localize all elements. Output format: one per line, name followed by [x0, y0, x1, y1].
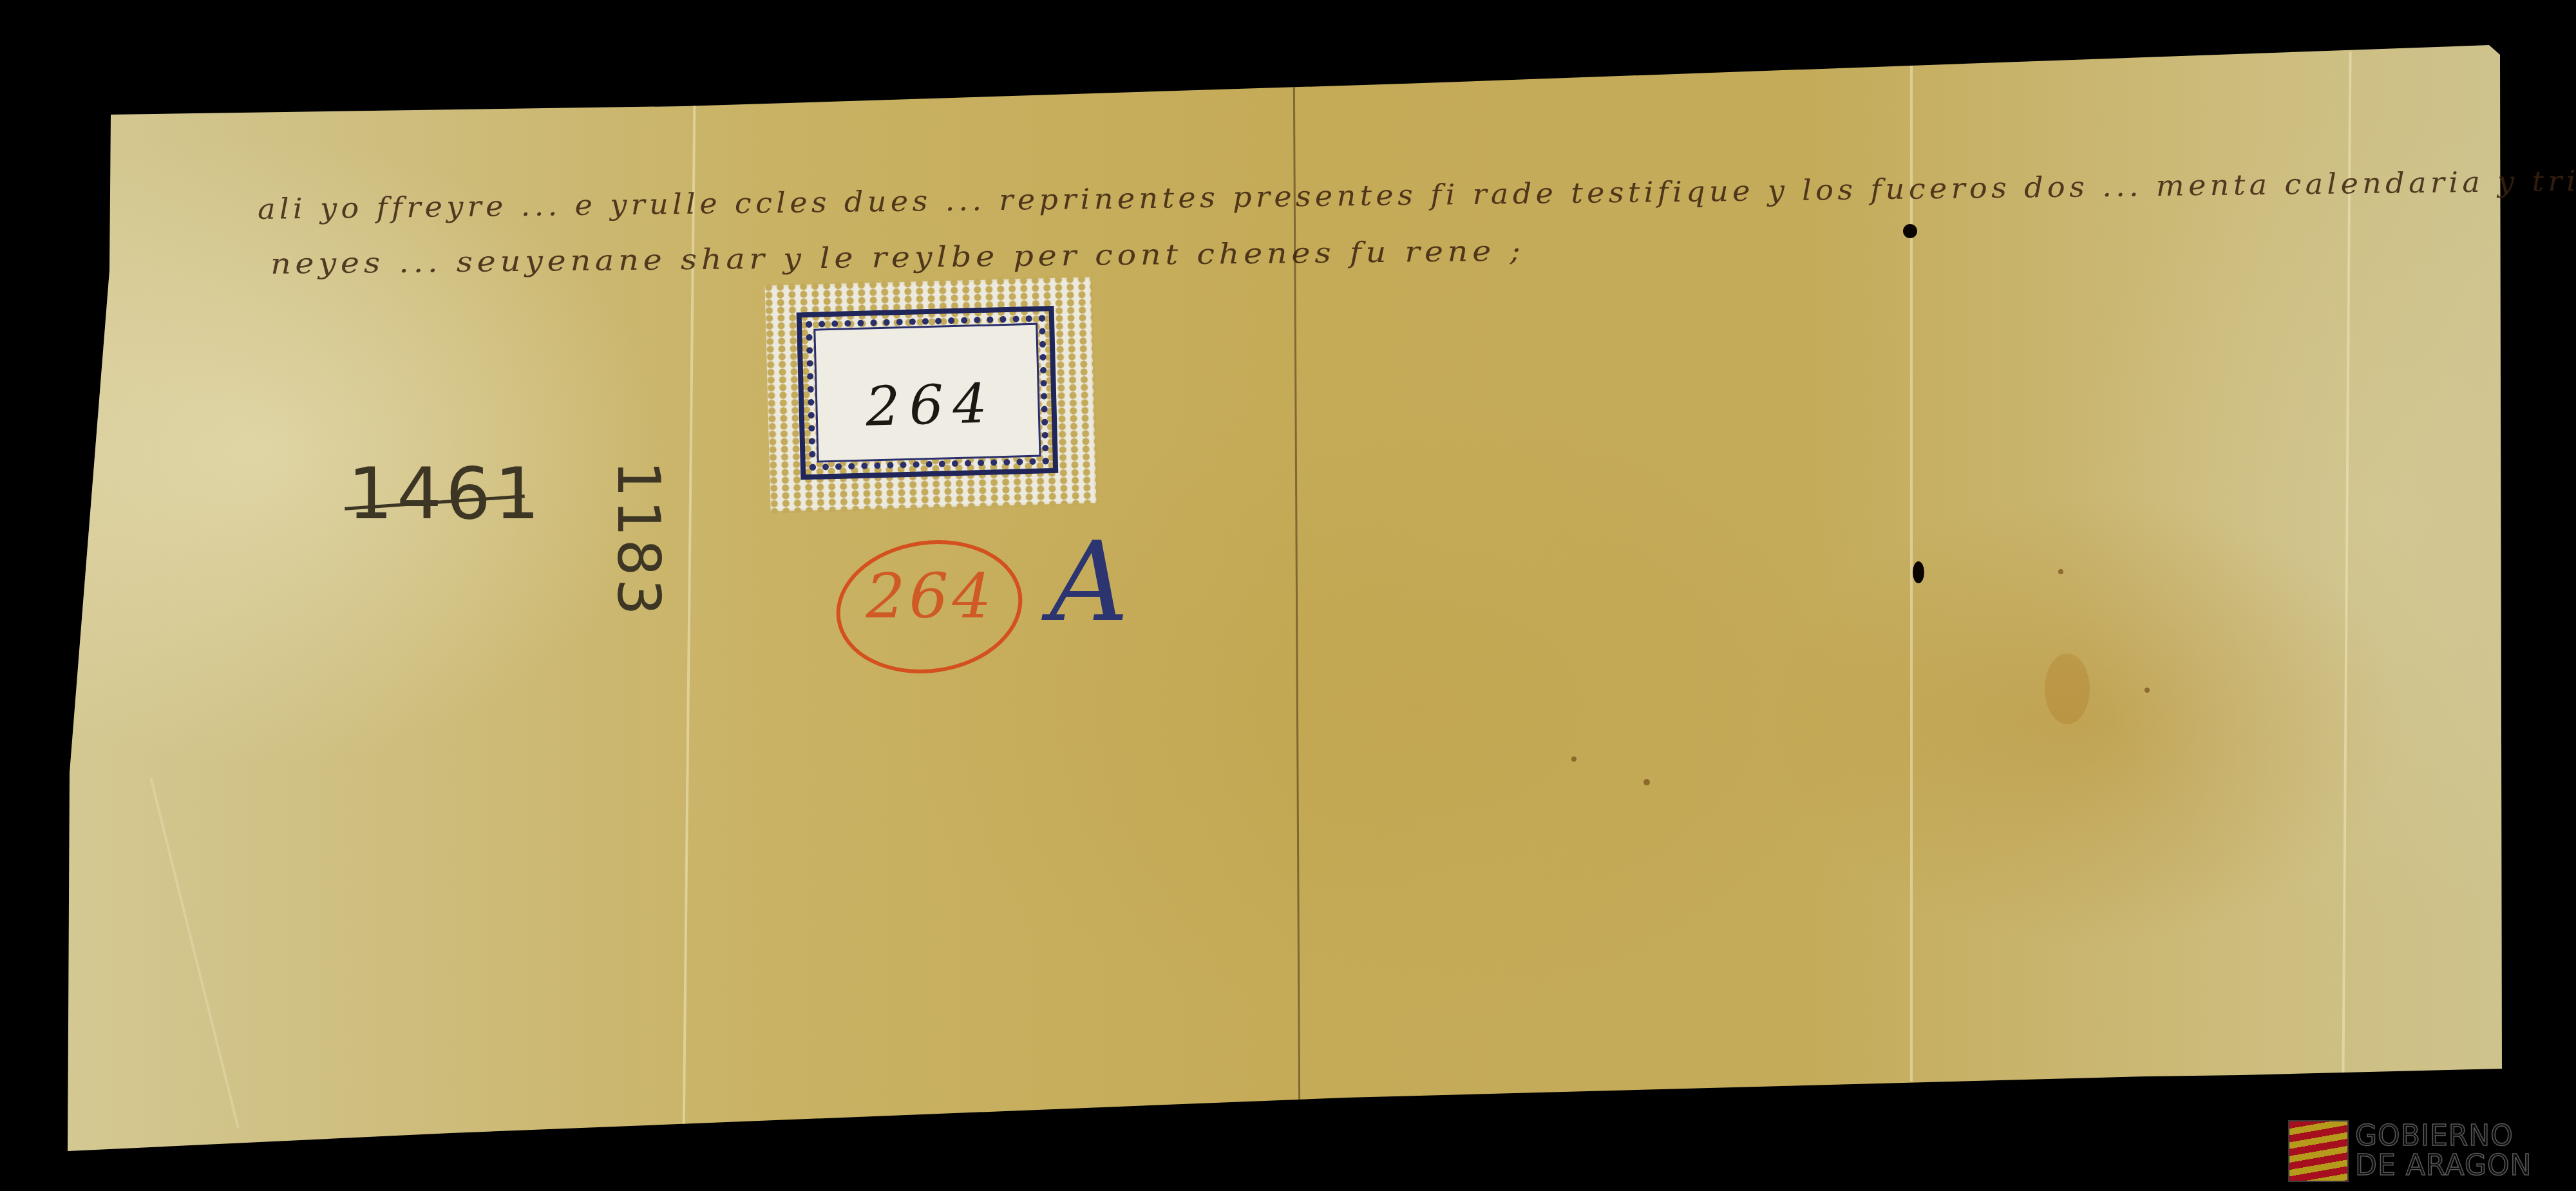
- ink-spot: [2045, 653, 2090, 724]
- ink-spot: [1643, 779, 1650, 785]
- blue-letter-mark: A: [1050, 528, 1129, 637]
- gobierno-de-aragon-logo: GOBIERNO DE ARAGON: [2288, 1120, 2532, 1182]
- ink-spot: [2145, 688, 2150, 693]
- aragon-flag-icon: [2288, 1120, 2349, 1182]
- ink-spot: [1571, 756, 1577, 762]
- hole: [1913, 561, 1924, 583]
- pencil-number-struck: 1461: [348, 458, 544, 529]
- logo-line-2: DE ARAGON: [2355, 1151, 2532, 1181]
- ink-spot: [2058, 569, 2063, 574]
- red-circled-number: 264: [850, 560, 1011, 632]
- fold-line: [149, 778, 239, 1128]
- stamp-number: 264: [769, 369, 1092, 440]
- central-seam: [1293, 84, 1300, 1101]
- fold-line: [2342, 52, 2351, 1075]
- pencil-number-rotated: 1183: [609, 460, 667, 602]
- hole: [1903, 224, 1917, 238]
- archive-stamp-label: 264: [767, 279, 1095, 510]
- logo-text: GOBIERNO DE ARAGON: [2355, 1121, 2532, 1181]
- logo-line-1: GOBIERNO: [2355, 1121, 2532, 1151]
